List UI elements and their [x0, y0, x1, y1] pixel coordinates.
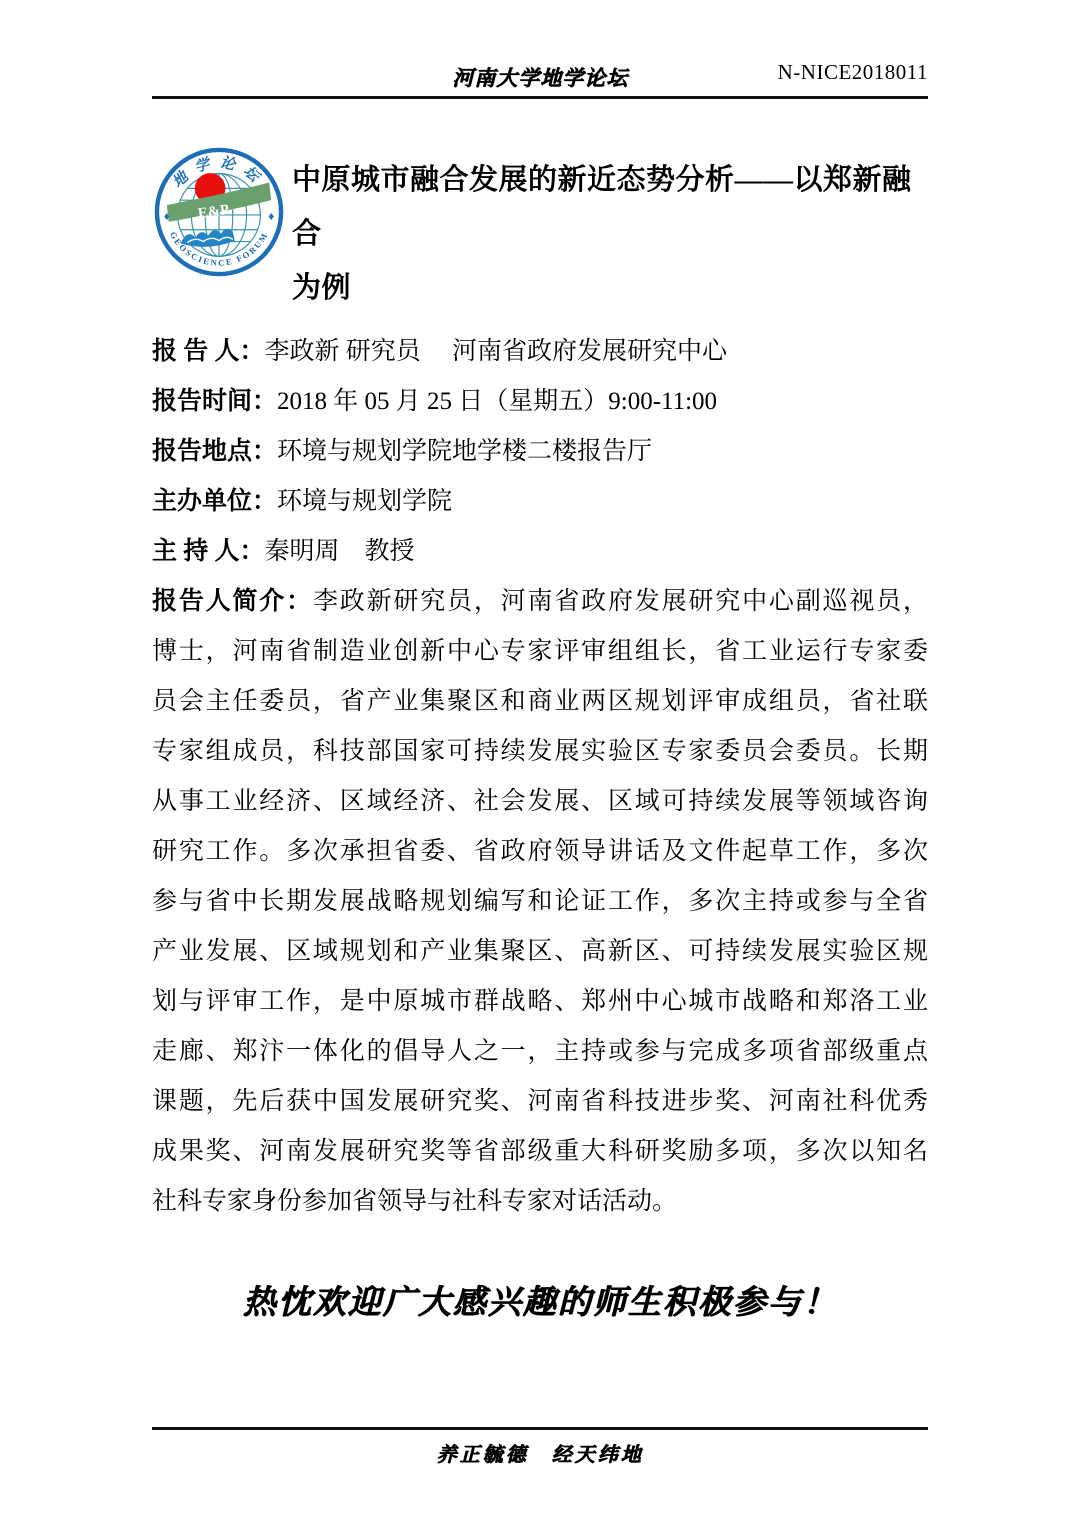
bio-text: 李政新研究员，河南省政府发展研究中心副巡视员，: [313, 588, 928, 615]
page-header: 河南大学地学论坛 N-NICE2018011: [152, 0, 928, 99]
detail-row-location: 报告地点：环境与规划学院地学楼二楼报告厅: [152, 427, 928, 477]
page: 河南大学地学论坛 N-NICE2018011 E&P: [152, 0, 928, 1467]
document-number: N-NICE2018011: [778, 60, 928, 85]
welcome-line: 热忱欢迎广大感兴趣的师生积极参与！: [152, 1277, 928, 1329]
bio-line: 划与评审工作，是中原城市群战略、郑州中心城市战略和郑洛工业: [152, 977, 928, 1027]
bio-line: 产业发展、区域规划和产业集聚区、高新区、可持续发展实验区规: [152, 927, 928, 977]
detail-value: 秦明周 教授: [265, 538, 415, 565]
detail-label: 主 持 人：: [152, 538, 265, 565]
detail-value: 李政新 研究员 河南省政府发展研究中心: [265, 338, 728, 365]
masthead: E&P 地学论坛 GEOSCIENCE FORUM 中原城市融合发展的新近态势分…: [152, 145, 928, 315]
detail-label: 报告地点：: [152, 438, 277, 465]
detail-label: 主办单位：: [152, 488, 277, 515]
bio-line: 课题，先后获中国发展研究奖、河南省科技进步奖、河南社科优秀: [152, 1077, 928, 1127]
detail-value: 2018 年 05 月 25 日（星期五）9:00-11:00: [277, 388, 717, 415]
bio-line: 成果奖、河南发展研究奖等省部级重大科研奖励多项，多次以知名: [152, 1127, 928, 1177]
bio-line: 社科专家身份参加省领导与社科专家对话活动。: [152, 1177, 928, 1227]
bio-line: 研究工作。多次承担省委、省政府领导讲话及文件起草工作，多次: [152, 827, 928, 877]
bio-label: 报告人简介：: [152, 588, 313, 615]
detail-label: 报告时间：: [152, 388, 277, 415]
bio-line: 博士，河南省制造业创新中心专家评审组组长，省工业运行专家委: [152, 627, 928, 677]
detail-value: 环境与规划学院地学楼二楼报告厅: [277, 438, 652, 465]
detail-row-speaker: 报 告 人：李政新 研究员 河南省政府发展研究中心: [152, 327, 928, 377]
detail-value: 环境与规划学院: [277, 488, 452, 515]
seminar-details: 报 告 人：李政新 研究员 河南省政府发展研究中心 报告时间：2018 年 05…: [152, 327, 928, 1227]
detail-row-time: 报告时间：2018 年 05 月 25 日（星期五）9:00-11:00: [152, 377, 928, 427]
seminar-title-line2: 为例: [292, 261, 928, 315]
page-footer: 养正毓德 经天纬地: [152, 1427, 928, 1467]
footer-motto: 养正毓德 经天纬地: [437, 1444, 644, 1466]
bio-line: 报告人简介：李政新研究员，河南省政府发展研究中心副巡视员，: [152, 577, 928, 627]
bio-line: 走廊、郑汴一体化的倡导人之一，主持或参与完成多项省部级重点: [152, 1027, 928, 1077]
detail-row-host: 主 持 人：秦明周 教授: [152, 527, 928, 577]
bio-line: 员会主任委员，省产业集聚区和商业两区规划评审成组员，省社联: [152, 677, 928, 727]
forum-logo: E&P 地学论坛 GEOSCIENCE FORUM: [152, 145, 286, 279]
bio-line: 从事工业经济、区域经济、社会发展、区域可持续发展等领域咨询: [152, 777, 928, 827]
bio-line: 专家组成员，科技部国家可持续发展实验区专家委员会委员。长期: [152, 727, 928, 777]
seminar-title: 中原城市融合发展的新近态势分析——以郑新融合 为例: [292, 145, 928, 315]
detail-row-organizer: 主办单位：环境与规划学院: [152, 477, 928, 527]
bio-line: 参与省中长期发展战略规划编写和论证工作，多次主持或参与全省: [152, 877, 928, 927]
seminar-title-line1: 中原城市融合发展的新近态势分析——以郑新融合: [292, 153, 928, 261]
detail-label: 报 告 人：: [152, 338, 265, 365]
